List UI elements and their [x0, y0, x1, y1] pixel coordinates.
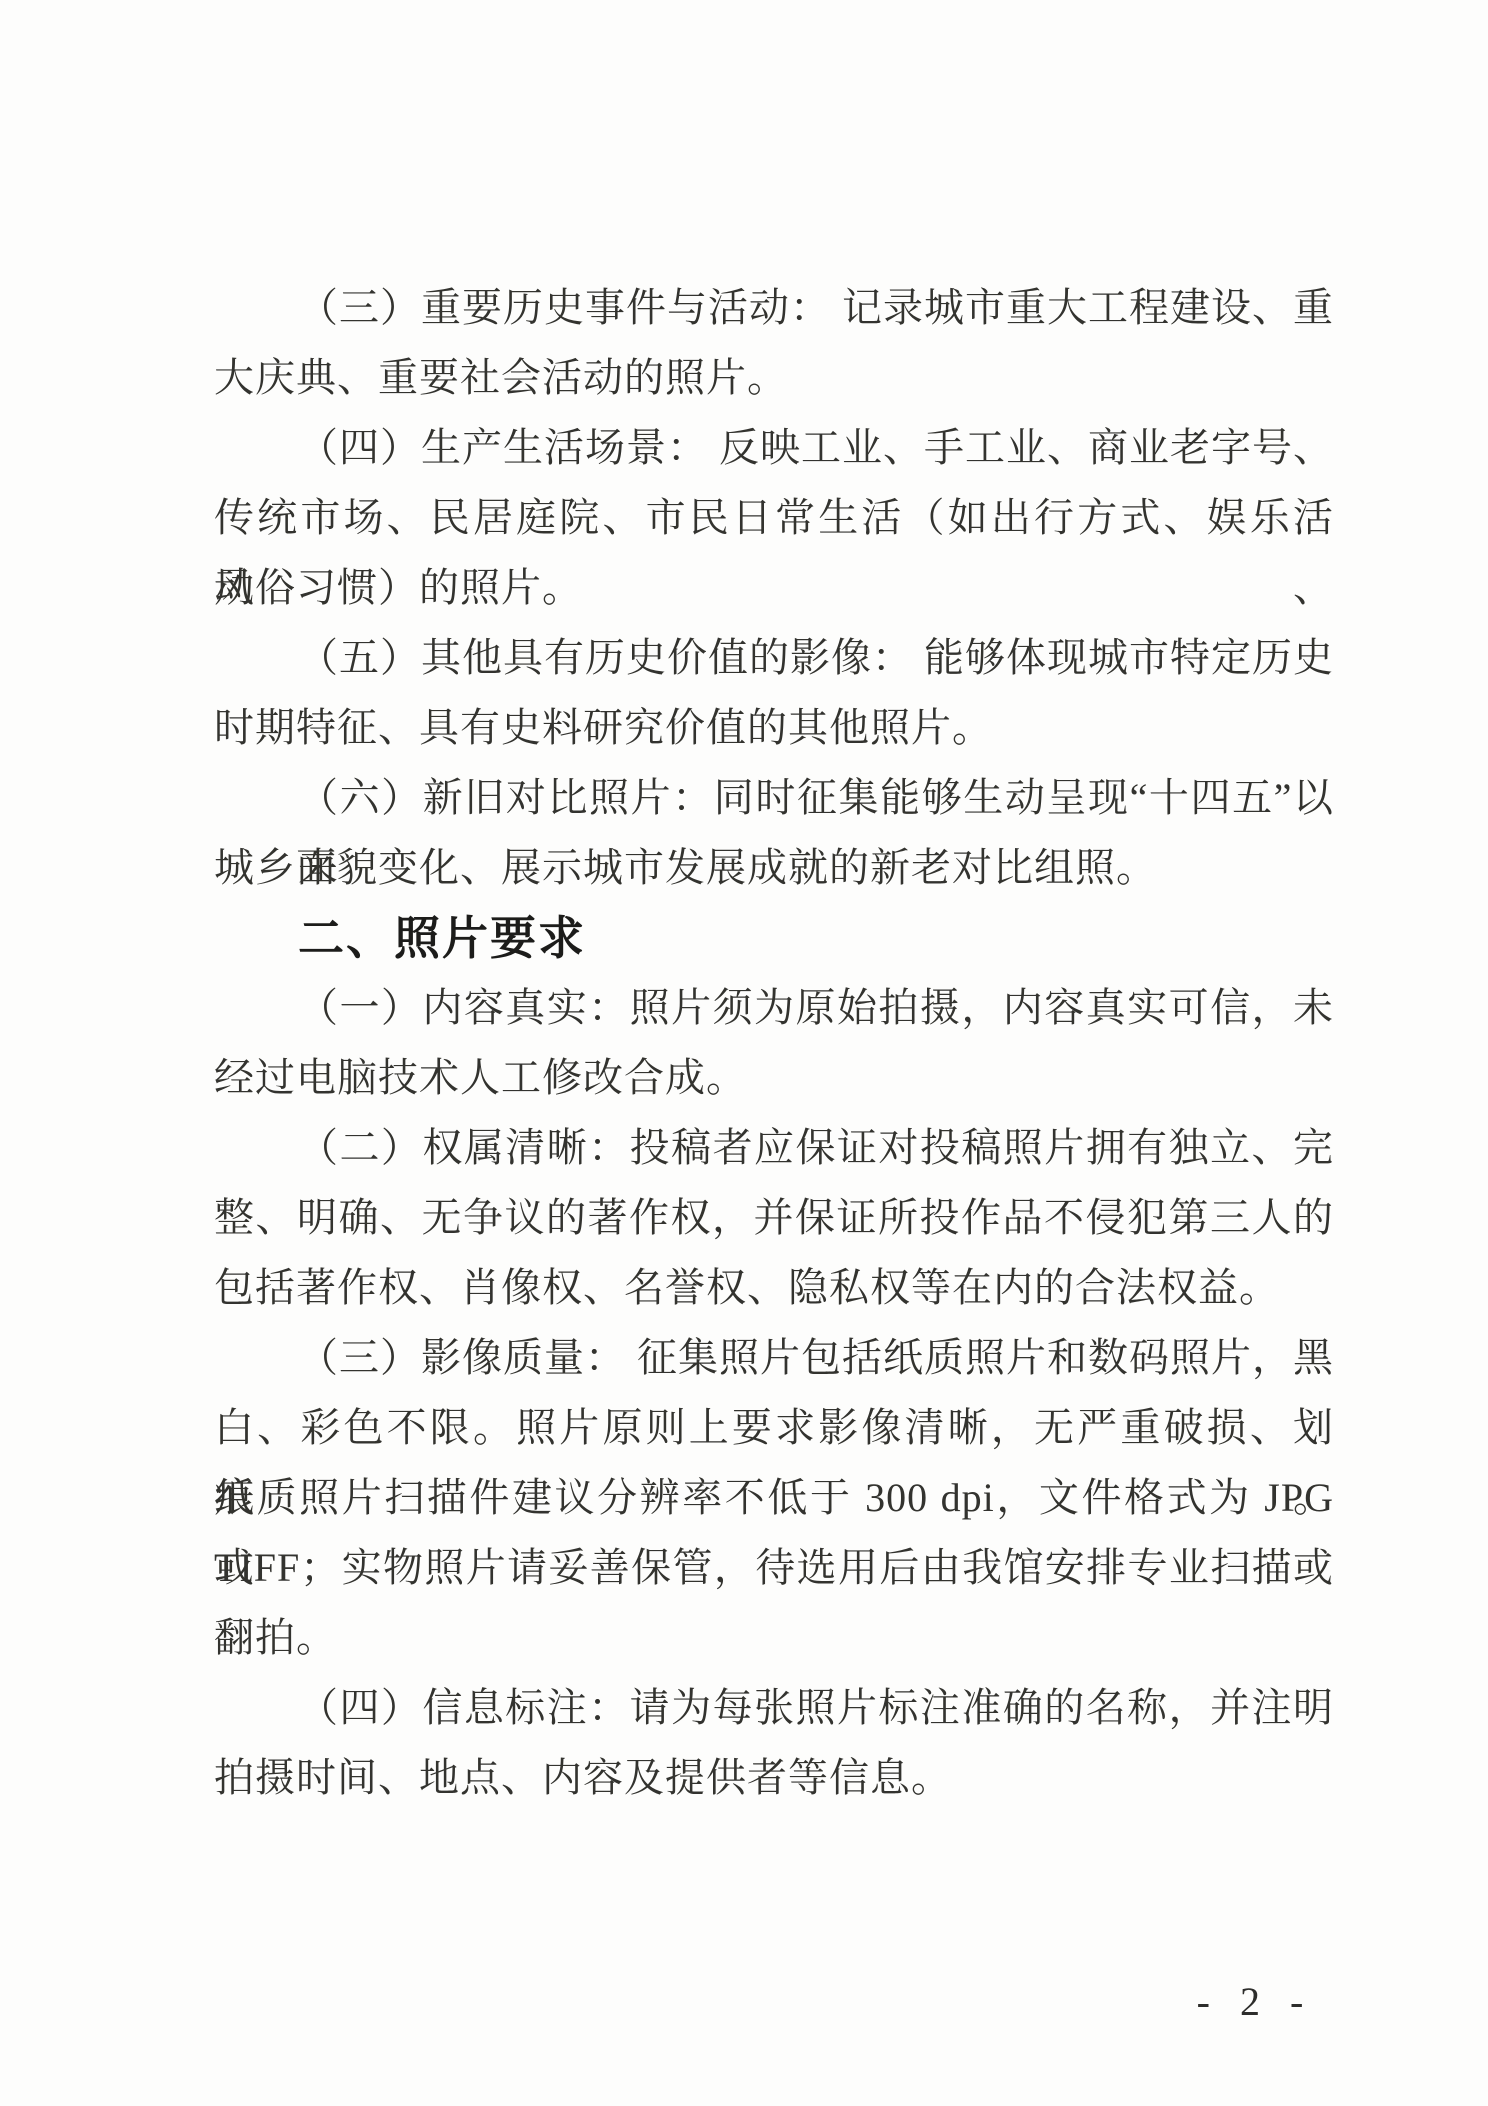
text-line: 城乡面貌变化、展示城市发展成就的新老对比组照。 — [214, 833, 1334, 903]
text-line: （三）重要历史事件与活动： 记录城市重大工程建设、重 — [214, 273, 1334, 343]
text-line: （一）内容真实：照片须为原始拍摄，内容真实可信，未 — [214, 973, 1334, 1043]
section-heading: 二、照片要求 — [214, 903, 1334, 973]
text-line: 经过电脑技术人工修改合成。 — [214, 1043, 1334, 1113]
text-line: 包括著作权、肖像权、名誉权、隐私权等在内的合法权益。 — [214, 1253, 1334, 1323]
text-line: 时期特征、具有史料研究价值的其他照片。 — [214, 693, 1334, 763]
text-line: 拍摄时间、地点、内容及提供者等信息。 — [214, 1743, 1334, 1813]
text-line: （六）新旧对比照片：同时征集能够生动呈现“十四五”以来 — [214, 763, 1334, 833]
text-line: 传统市场、民居庭院、市民日常生活（如出行方式、娱乐活动、 — [214, 483, 1334, 553]
document-body: （三）重要历史事件与活动： 记录城市重大工程建设、重 大庆典、重要社会活动的照片… — [214, 273, 1334, 1813]
text-line: （三）影像质量： 征集照片包括纸质照片和数码照片，黑 — [214, 1323, 1334, 1393]
text-line: （四）生产生活场景： 反映工业、手工业、商业老字号、 — [214, 413, 1334, 483]
text-line: 白、彩色不限。照片原则上要求影像清晰，无严重破损、划痕。 — [214, 1393, 1334, 1463]
text-line: （二）权属清晰：投稿者应保证对投稿照片拥有独立、完 — [214, 1113, 1334, 1183]
text-line: 大庆典、重要社会活动的照片。 — [214, 343, 1334, 413]
text-line: （四）信息标注：请为每张照片标注准确的名称，并注明 — [214, 1673, 1334, 1743]
text-line: 整、明确、无争议的著作权，并保证所投作品不侵犯第三人的 — [214, 1183, 1334, 1253]
page-number: - 2 - — [1165, 1972, 1345, 2032]
text-line: 翻拍。 — [214, 1603, 1334, 1673]
scanned-document-page: （三）重要历史事件与活动： 记录城市重大工程建设、重 大庆典、重要社会活动的照片… — [0, 0, 1488, 2106]
text-line: （五）其他具有历史价值的影像： 能够体现城市特定历史 — [214, 623, 1334, 693]
text-line: TIFF；实物照片请妥善保管，待选用后由我馆安排专业扫描或 — [214, 1533, 1334, 1603]
text-line: 纸质照片扫描件建议分辨率不低于 300 dpi，文件格式为 JPG 或 — [214, 1463, 1334, 1533]
